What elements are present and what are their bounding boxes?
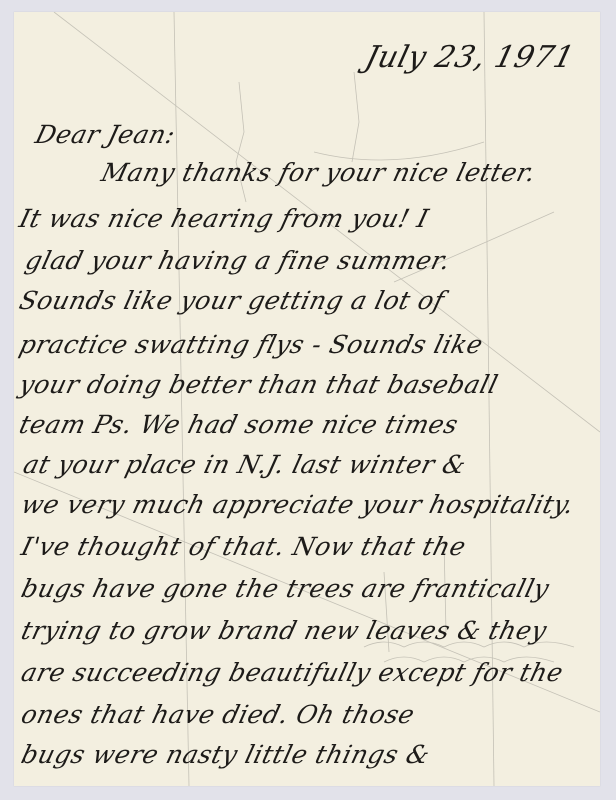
letter-line: glad your having a fine summer. [22, 246, 453, 275]
letter-line: at your place in N.J. last winter & [20, 450, 469, 479]
letter-line: bugs have gone the trees are frantically [18, 574, 552, 603]
letter-line: ones that have died. Oh those [18, 700, 417, 729]
letter-line: Sounds like your getting a lot of [16, 286, 447, 315]
letter-line: It was nice hearing from you! I [16, 204, 431, 233]
letter-line: Many thanks for your nice letter. [98, 158, 539, 187]
letter-line: practice swatting flys - Sounds like [16, 330, 486, 359]
letter-line: we very much appreciate your hospitality… [18, 490, 577, 519]
letter-salutation: Dear Jean: [32, 120, 178, 149]
letter-line: bugs were nasty little things & [18, 740, 433, 769]
letter-paper: July 23, 1971 Dear Jean: Many thanks for… [14, 12, 600, 786]
letter-line: are succeeding beautifully except for th… [18, 658, 566, 687]
letter-line: I've thought of that. Now that the [18, 532, 469, 561]
letter-line: your doing better than that baseball [16, 370, 501, 399]
letter-line: team Ps. We had some nice times [16, 410, 461, 439]
letter-date: July 23, 1971 [362, 40, 578, 75]
letter-line: trying to grow brand new leaves & they [18, 616, 550, 645]
